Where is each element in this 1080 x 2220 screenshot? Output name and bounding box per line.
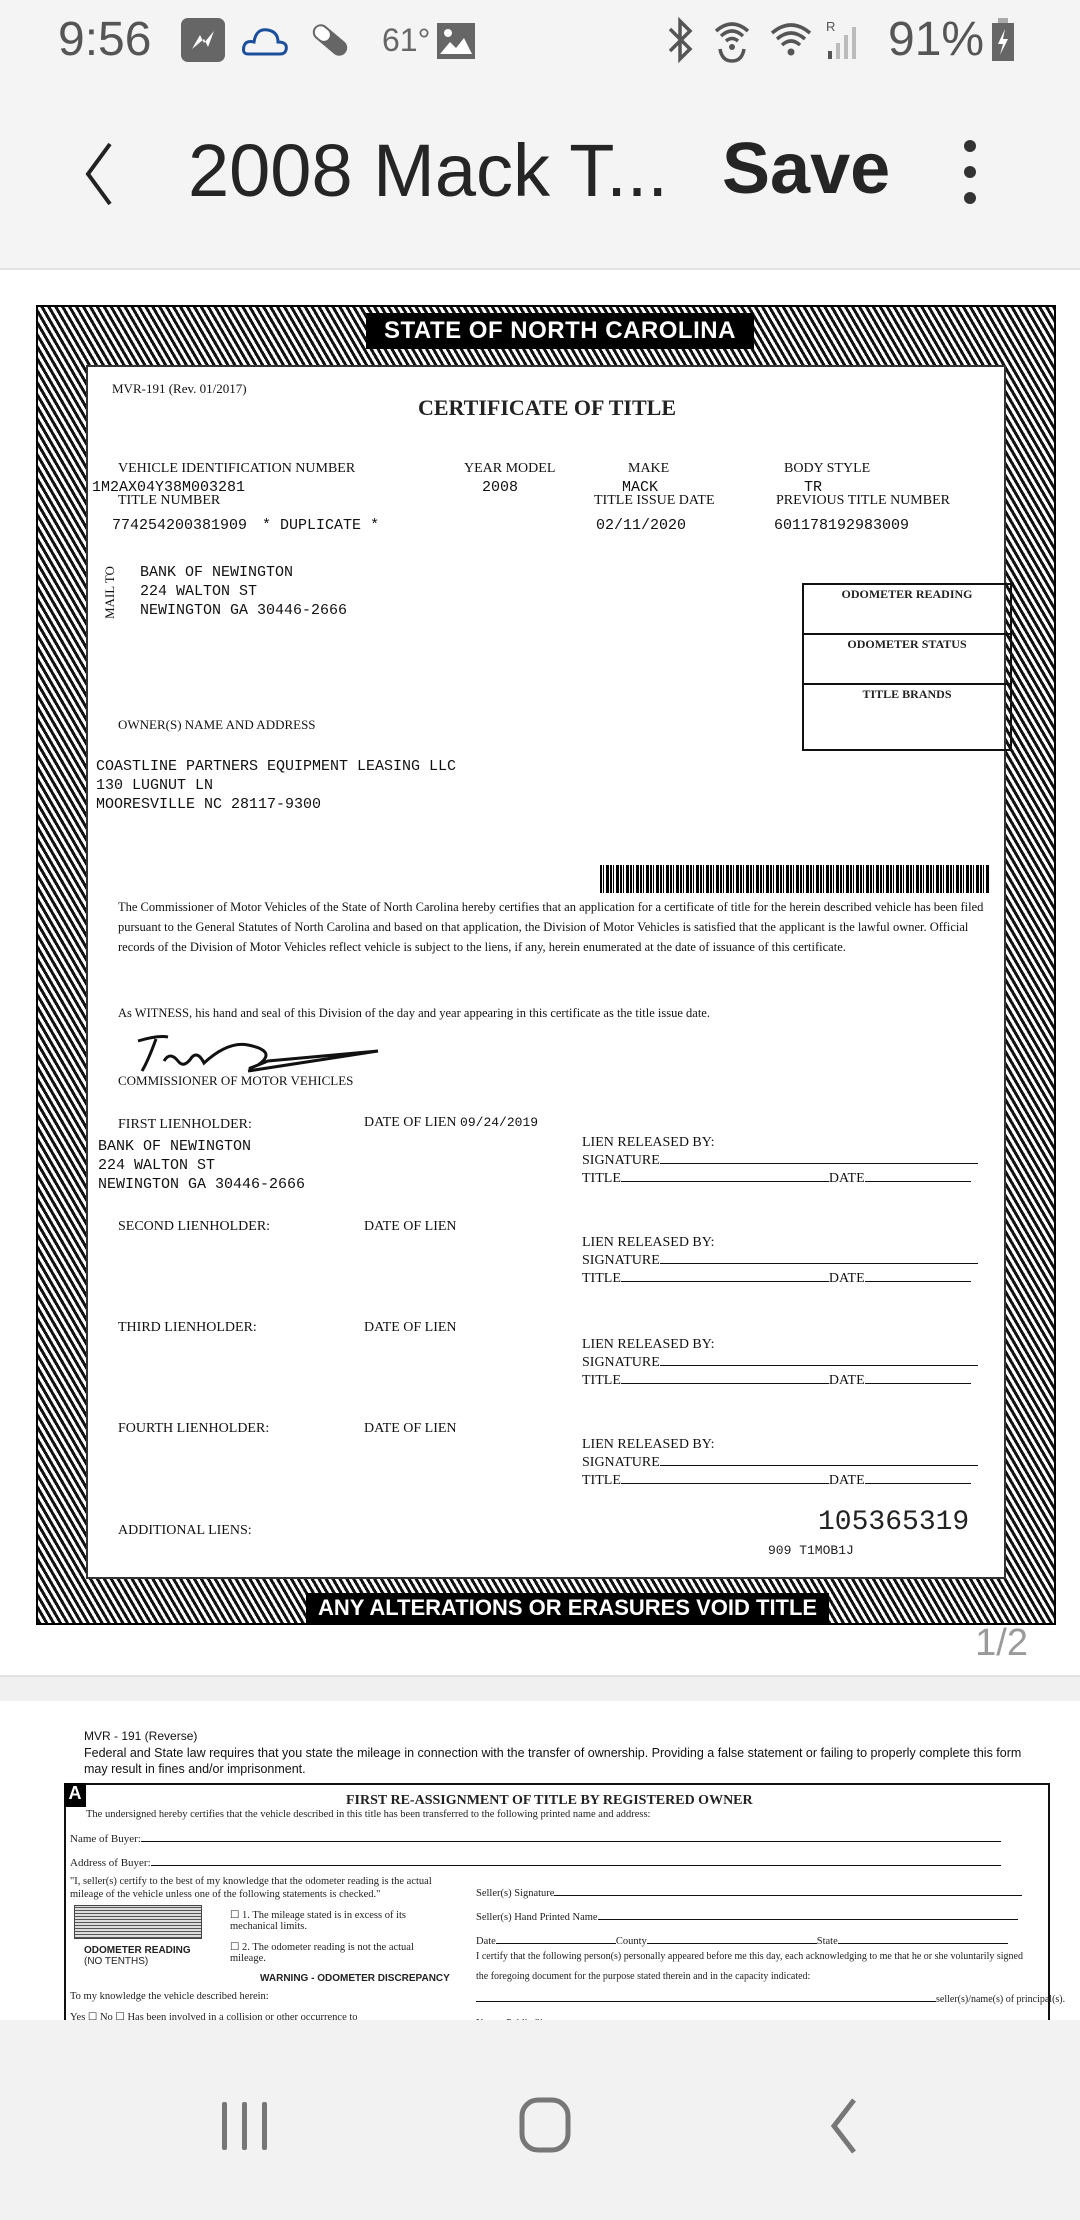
temperature: 61°: [382, 22, 430, 59]
page-separator: [0, 1675, 1080, 1703]
wifi-icon: [768, 18, 814, 62]
title-number-value: 774254200381909 * DUPLICATE *: [112, 517, 379, 534]
second-lienholder-label: SECOND LIENHOLDER:: [118, 1219, 270, 1235]
first-date-of-lien: DATE OF LIEN 09/24/2019: [364, 1115, 538, 1131]
commissioner-label: COMMISSIONER OF MOTOR VEHICLES: [118, 1073, 353, 1089]
additional-liens-label: ADDITIONAL LIENS:: [118, 1523, 252, 1539]
seller-signature-field[interactable]: Seller(s) Signature: [476, 1883, 1022, 1899]
pill-icon: [308, 18, 352, 62]
lien-release-3: LIEN RELEASED BY: SIGNATURE TITLEDATE: [582, 1337, 982, 1389]
previous-title-value: 601178192983009: [774, 517, 909, 534]
section-intro: The undersigned hereby certifies that th…: [86, 1809, 650, 1820]
recent-apps-icon: [200, 2080, 290, 2170]
commissioner-signature: [128, 1031, 388, 1077]
name-of-buyer-field[interactable]: Name of Buyer:: [70, 1829, 1001, 1845]
certification-text: The Commissioner of Motor Vehicles of th…: [118, 897, 988, 957]
lien-release-2: LIEN RELEASED BY: SIGNATURE TITLEDATE: [582, 1235, 982, 1287]
title-issue-date-label: TITLE ISSUE DATE: [594, 493, 715, 509]
svg-text:R: R: [826, 19, 835, 34]
messenger-icon: [180, 18, 226, 62]
statement-2[interactable]: ☐ 2. The odometer reading is not the act…: [230, 1941, 450, 1964]
form-id: MVR-191 (Rev. 01/2017): [112, 381, 247, 397]
first-lienholder-label: FIRST LIENHOLDER:: [118, 1117, 252, 1133]
gallery-icon: [436, 18, 476, 62]
certificate-body: MVR-191 (Rev. 01/2017) CERTIFICATE OF TI…: [86, 365, 1006, 1579]
mail-to-address: BANK OF NEWINGTON 224 WALTON ST NEWINGTO…: [140, 563, 347, 620]
lien-release-1: LIEN RELEASED BY: SIGNATURE TITLEDATE: [582, 1135, 982, 1187]
date-county-state-field[interactable]: DateCountyState: [476, 1931, 1008, 1947]
section-letter: A: [64, 1783, 86, 1807]
seller-certify: "I, seller(s) certify to the best of my …: [70, 1875, 450, 1901]
odometer-reading-field[interactable]: [74, 1905, 202, 1939]
page-2: MVR - 191 (Reverse) Federal and State la…: [0, 1701, 1080, 2020]
knowledge-text: To my knowledge the vehicle described he…: [70, 1991, 269, 2002]
app-bar: 2008 Mack T... Save: [0, 80, 1080, 270]
discrepancy-warning: WARNING - ODOMETER DISCREPANCY: [260, 1973, 450, 1984]
mail-to-label: MAIL TO: [102, 566, 118, 619]
barcode: [600, 865, 990, 893]
owner-label: OWNER(S) NAME AND ADDRESS: [118, 717, 316, 733]
odometer-box: ODOMETER READING ODOMETER STATUS TITLE B…: [802, 583, 1012, 751]
signal-roaming-icon: R: [824, 18, 870, 62]
principal-field[interactable]: seller(s)/name(s) of principal(s).: [476, 1989, 1065, 2005]
third-date-of-lien: DATE OF LIEN: [364, 1320, 457, 1336]
notary-signature-field[interactable]: Notary Public Signature: [476, 2013, 1041, 2020]
second-date-of-lien: DATE OF LIEN: [364, 1219, 457, 1235]
document-title: 2008 Mack T...: [188, 128, 668, 213]
fourth-lienholder-label: FOURTH LIENHOLDER:: [118, 1421, 269, 1437]
year-model-value: 2008: [482, 479, 518, 496]
section-title: FIRST RE-ASSIGNMENT OF TITLE BY REGISTER…: [346, 1793, 753, 1809]
battery-charging-icon: [990, 18, 1016, 62]
void-banner: ANY ALTERATIONS OR ERASURES VOID TITLE: [306, 1593, 829, 1623]
odometer-reading-label: ODOMETER READING: [804, 585, 1010, 635]
navigation-bar: [0, 2020, 1080, 2220]
page-1: STATE OF NORTH CAROLINA MVR-191 (Rev. 01…: [36, 305, 1056, 1625]
document-viewer[interactable]: STATE OF NORTH CAROLINA MVR-191 (Rev. 01…: [0, 270, 1080, 2020]
more-options-button[interactable]: [950, 130, 990, 220]
odometer-reading-caption: ODOMETER READING(NO TENTHS): [84, 1945, 191, 1967]
collision-question[interactable]: Yes ☐ No ☐ Has been involved in a collis…: [70, 2011, 358, 2020]
duplicate-mark: * DUPLICATE *: [262, 517, 379, 534]
battery-percent: 91%: [888, 12, 984, 67]
fourth-date-of-lien: DATE OF LIEN: [364, 1421, 457, 1437]
home-button[interactable]: [500, 2080, 590, 2170]
first-lienholder-address: BANK OF NEWINGTON 224 WALTON ST NEWINGTO…: [98, 1137, 305, 1194]
body-style-label: BODY STYLE: [784, 461, 870, 477]
reverse-form-id: MVR - 191 (Reverse): [84, 1729, 197, 1743]
title-number-label: TITLE NUMBER: [118, 493, 220, 509]
clock: 9:56: [58, 12, 151, 67]
title-issue-date-value: 02/11/2020: [596, 517, 686, 534]
hotspot-icon: [710, 18, 754, 62]
more-vert-icon: [964, 140, 976, 152]
odometer-status-label: ODOMETER STATUS: [804, 635, 1010, 685]
page-indicator: 1/2: [975, 1622, 1028, 1665]
witness-text: As WITNESS, his hand and seal of this Di…: [118, 1003, 988, 1023]
seller-printed-name-field[interactable]: Seller(s) Hand Printed Name: [476, 1907, 1018, 1923]
year-model-label: YEAR MODEL: [464, 461, 555, 477]
bluetooth-icon: [660, 18, 700, 62]
mileage-warning: Federal and State law requires that you …: [84, 1745, 1024, 1777]
make-label: MAKE: [628, 461, 669, 477]
previous-title-label: PREVIOUS TITLE NUMBER: [776, 493, 950, 509]
statement-1[interactable]: ☐ 1. The mileage stated is in excess of …: [230, 1909, 450, 1932]
certificate-title: CERTIFICATE OF TITLE: [418, 395, 676, 421]
office-code: 909 T1MOB1J: [768, 1543, 854, 1558]
cloud-icon: [240, 18, 292, 62]
notary-certify: I certify that the following person(s) p…: [476, 1947, 1036, 1987]
address-of-buyer-field[interactable]: Address of Buyer:: [70, 1853, 1001, 1869]
system-back-button[interactable]: [800, 2080, 890, 2170]
status-bar: 9:56 61° R 91%: [0, 0, 1080, 80]
back-icon: [800, 2080, 890, 2170]
recent-apps-button[interactable]: [200, 2080, 290, 2170]
home-icon: [500, 2080, 590, 2170]
owner-address: COASTLINE PARTNERS EQUIPMENT LEASING LLC…: [96, 757, 456, 814]
lien-release-4: LIEN RELEASED BY: SIGNATURE TITLEDATE: [582, 1437, 982, 1489]
title-brands-label: TITLE BRANDS: [804, 685, 1010, 745]
chevron-left-icon: [70, 138, 140, 208]
third-lienholder-label: THIRD LIENHOLDER:: [118, 1320, 257, 1336]
back-button[interactable]: [70, 138, 140, 208]
state-banner: STATE OF NORTH CAROLINA: [366, 313, 754, 349]
section-a: A FIRST RE-ASSIGNMENT OF TITLE BY REGIST…: [64, 1783, 1050, 2020]
vin-label: VEHICLE IDENTIFICATION NUMBER: [118, 461, 355, 477]
save-button[interactable]: Save: [722, 128, 890, 210]
control-number: 105365319: [818, 1507, 969, 1538]
